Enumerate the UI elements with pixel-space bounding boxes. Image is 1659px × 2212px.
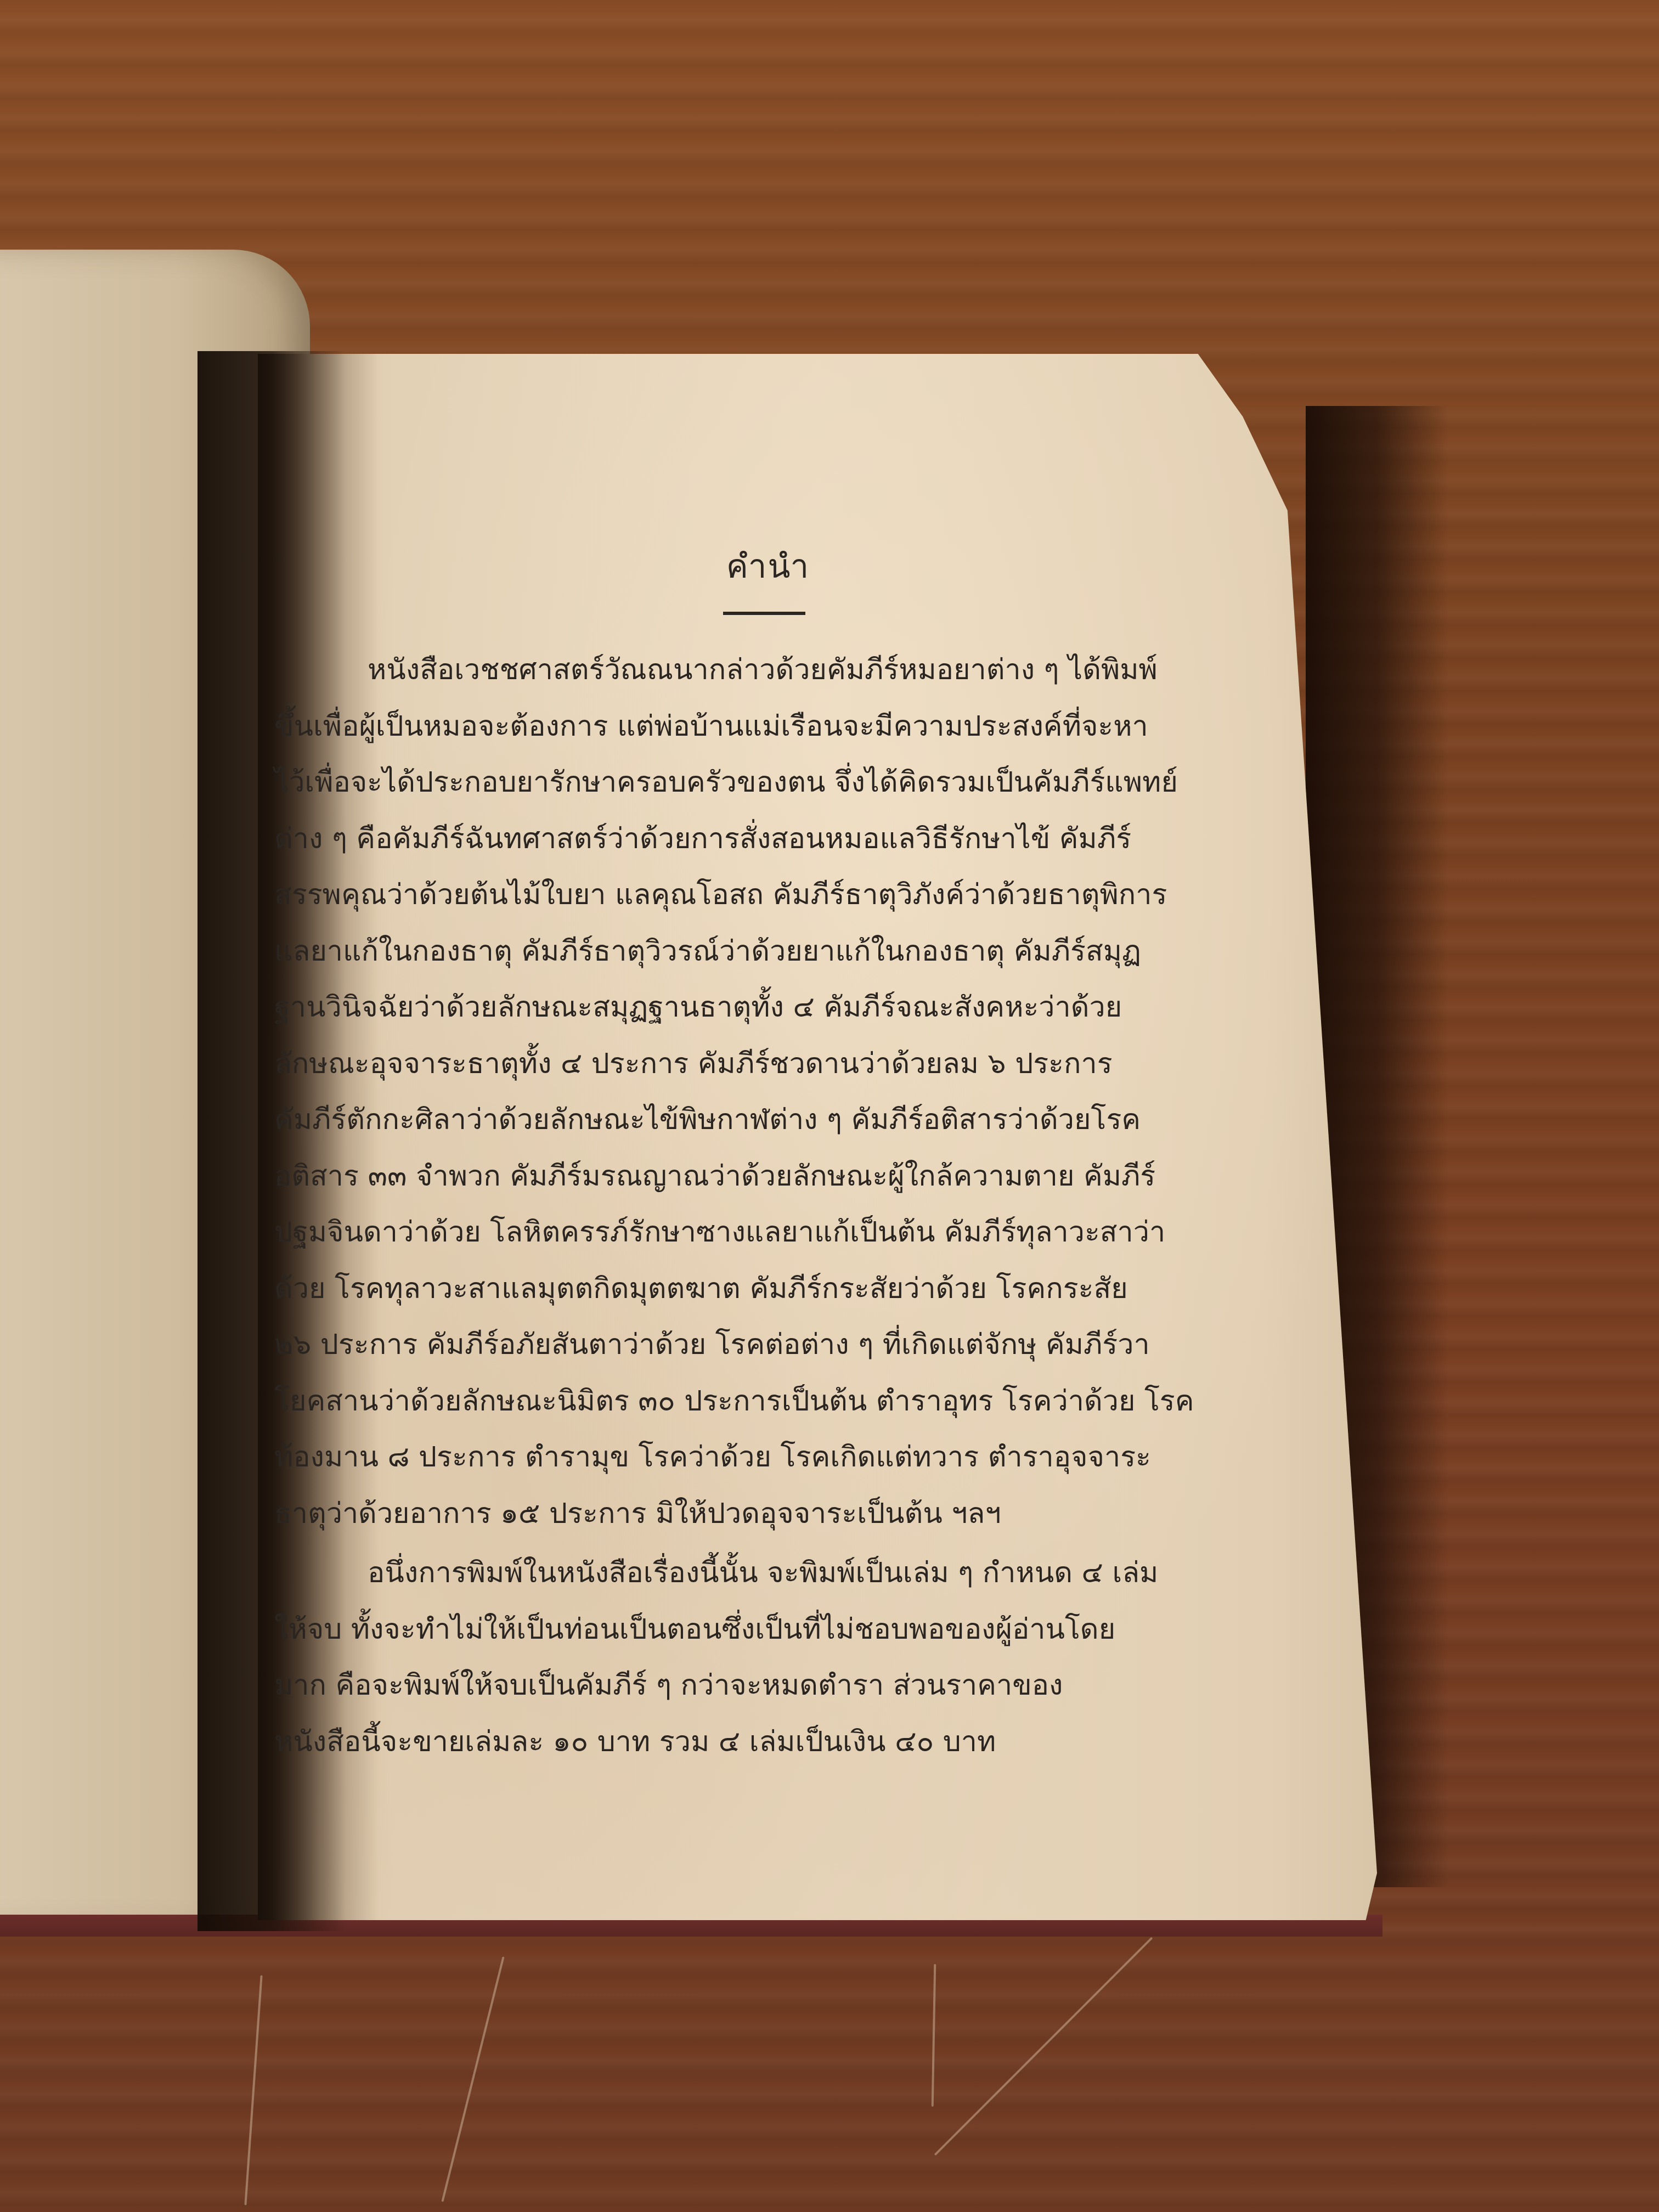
text-line: ไว้เพื่อจะได้ประกอบยารักษาครอบครัวของตน … (274, 754, 1262, 811)
text-line: สรรพคุณว่าด้วยต้นไม้ใบยา แลคุณโอสถ คัมภี… (274, 867, 1262, 923)
text-line: ฐานวินิจฉัยว่าด้วยลักษณะสมุฏฐานธาตุทั้ง … (274, 979, 1262, 1036)
text-line: แลยาแก้ในกองธาตุ คัมภีร์ธาตุวิวรณ์ว่าด้ว… (274, 923, 1262, 980)
text-line: หนังสือนี้จะขายเล่มละ ๑๐ บาท รวม ๔ เล่มเ… (274, 1714, 1262, 1770)
text-line: ต่าง ๆ คือคัมภีร์ฉันทศาสตร์ว่าด้วยการสั่… (274, 811, 1262, 867)
text-line: อนึ่งการพิมพ์ในหนังสือเรื่องนี้นั้น จะพิ… (274, 1545, 1262, 1601)
title-underline (723, 612, 805, 615)
wood-scratch (932, 1964, 936, 2107)
wood-scratch (441, 1956, 504, 2202)
text-line: ๒๖ ประการ คัมภีร์อภัยสันตาว่าด้วย โรคต่อ… (274, 1317, 1262, 1373)
wood-scratch (934, 1937, 1153, 2156)
text-line: หนังสือเวชชศาสตร์วัณณนากล่าวด้วยคัมภีร์ห… (274, 642, 1262, 698)
text-line: ปฐมจินดาว่าด้วย โลหิตครรภ์รักษาซางแลยาแก… (274, 1204, 1262, 1261)
text-line: มาก คือจะพิมพ์ให้จบเป็นคัมภีร์ ๆ กว่าจะห… (274, 1657, 1262, 1714)
paragraph-2: อนึ่งการพิมพ์ในหนังสือเรื่องนี้นั้น จะพิ… (274, 1545, 1262, 1770)
text-line: ให้จบ ทั้งจะทำไม่ให้เป็นท่อนเป็นตอนซึ่งเ… (274, 1601, 1262, 1658)
preface-body: หนังสือเวชชศาสตร์วัณณนากล่าวด้วยคัมภีร์ห… (274, 642, 1262, 1770)
text-line: คัมภีร์ตักกะศิลาว่าด้วยลักษณะไข้พิษกาฬต่… (274, 1092, 1262, 1148)
text-line: ด้วย โรคทุลาวะสาแลมุตตกิดมุตตฆาต คัมภีร์… (274, 1261, 1262, 1317)
text-line: ท้องมาน ๘ ประการ ตำรามุข โรคว่าด้วย โรคเ… (274, 1429, 1262, 1486)
text-line: โยคสานว่าด้วยลักษณะนิมิตร ๓๐ ประการเป็นต… (274, 1373, 1262, 1430)
wood-scratch (244, 1975, 262, 2205)
paragraph-1: หนังสือเวชชศาสตร์วัณณนากล่าวด้วยคัมภีร์ห… (274, 642, 1262, 1542)
text-line: อติสาร ๓๓ จำพวก คัมภีร์มรณญาณว่าด้วยลักษ… (274, 1148, 1262, 1205)
text-line: ขึ้นเพื่อผู้เป็นหมอจะต้องการ แต่พ่อบ้านแ… (274, 698, 1262, 755)
page-title: คำนำ (686, 540, 850, 592)
text-line: ธาตุว่าด้วยอาการ ๑๕ ประการ มิให้ปวดอุจจา… (274, 1486, 1262, 1542)
text-line: ลักษณะอุจจาระธาตุทั้ง ๔ ประการ คัมภีร์ชว… (274, 1036, 1262, 1092)
